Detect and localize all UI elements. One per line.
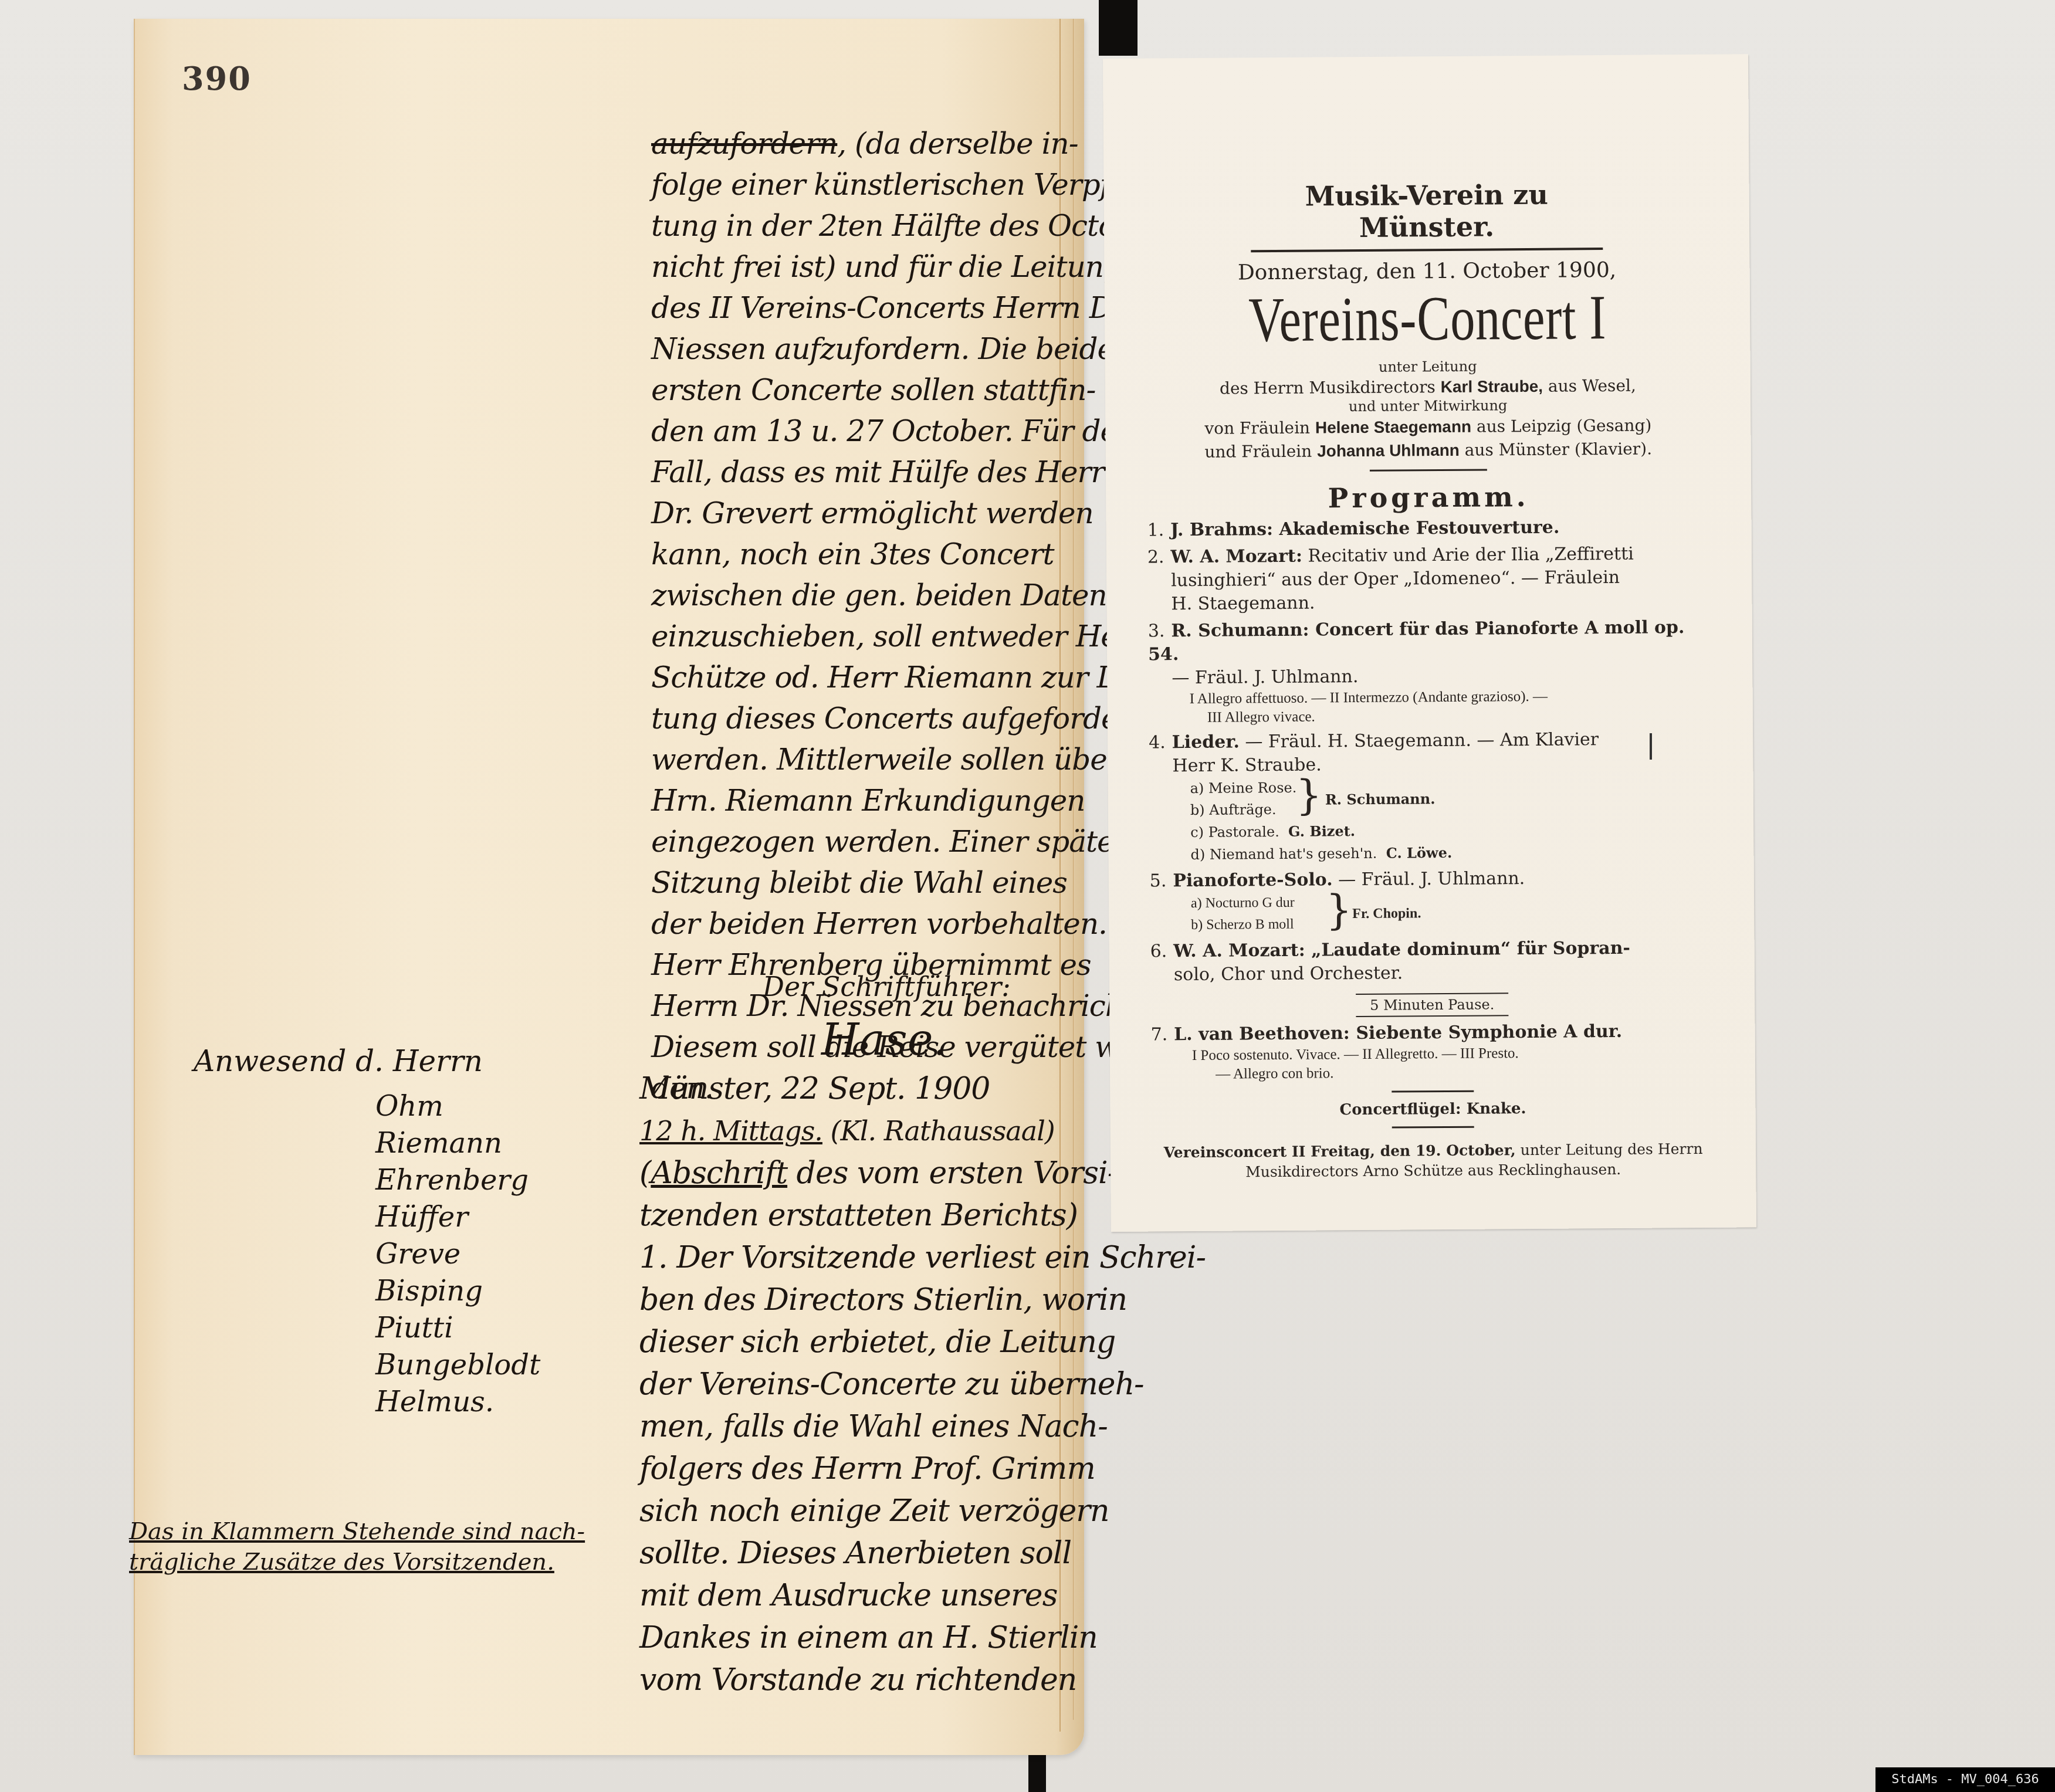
minutes-line: den am 13 u. 27 October. Für den (651, 411, 1074, 452)
program-content: Musik-Verein zu Münster. Donnerstag, den… (1145, 178, 1715, 1183)
attendee: Riemann (375, 1125, 540, 1162)
conductor-name: Karl Straube, (1441, 377, 1543, 396)
performer-line: von Fräulein Helene Staegemann aus Leipz… (1146, 414, 1709, 441)
conductor-line: des Herrn Musikdirectors Karl Straube, a… (1146, 375, 1709, 399)
minutes-line: werden. Mittlerweile sollen über (651, 739, 1074, 780)
program-item: 1. J. Brahms: Akademische Festouverture. (1147, 515, 1710, 543)
intermission: 5 Minuten Pause. (1356, 992, 1508, 1017)
movements: I Allegro affettuoso. — II Intermezzo (A… (1149, 686, 1712, 728)
attendee: Helmus. (375, 1384, 540, 1421)
program-item: 2. W. A. Mozart: Recitativ und Arie der … (1147, 542, 1711, 616)
minutes-line: aufzufordern, (da derselbe in- (651, 123, 1074, 164)
meeting-record: Münster, 22 Sept. 1900 12 h. Mittags. (K… (639, 1068, 1085, 1701)
minutes-line: tung dieses Concerts aufgefordert (651, 698, 1074, 739)
program-item: 5. Pianoforte-Solo. — Fräul. J. Uhlmann. (1150, 866, 1713, 893)
organization-name: Musik-Verein zu Münster. (1250, 178, 1603, 252)
brace-icon: } (1296, 774, 1322, 815)
minutes-line: zwischen die gen. beiden Daten (651, 575, 1074, 616)
song: a) Meine Rose. (1190, 774, 1712, 800)
minutes-line: nicht frei ist) und für die Leitung (651, 246, 1074, 287)
song-composer: R. Schumann. (1325, 788, 1436, 810)
attendee: Piutti (375, 1310, 540, 1347)
cooperation-label: und unter Mitwirkung (1146, 396, 1709, 416)
secretary-signature: Hase. (821, 1015, 947, 1065)
report-line: sich noch einige Zeit verzögern (639, 1490, 1085, 1532)
attendance-label: Anwesend d. Herrn (194, 1044, 483, 1078)
meeting-time: 12 h. Mittags. (639, 1115, 822, 1147)
piano-maker: Concertflügel: Knake. (1151, 1099, 1714, 1120)
program-item: 4. Lieder. — Fräul. H. Staegemann. — Am … (1149, 727, 1712, 778)
footnote-line: trägliche Zusätze des Vorsitzenden. (129, 1547, 585, 1577)
footnote: Das in Klammern Stehende sind nach- träg… (129, 1516, 585, 1577)
report-line: mit dem Ausdrucke unseres (639, 1574, 1085, 1617)
minutes-line: Schütze od. Herr Riemann zur Lei- (651, 657, 1074, 698)
minutes-line: Hrn. Riemann Erkundigungen (651, 780, 1074, 821)
meeting-location: (Kl. Rathaussaal) (831, 1115, 1055, 1147)
concert-program-sheet: Musik-Verein zu Münster. Donnerstag, den… (1103, 54, 1756, 1232)
attendee-list: Ohm Riemann Ehrenberg Hüffer Greve Bispi… (375, 1088, 540, 1421)
attendee: Ohm (375, 1088, 540, 1125)
brace-icon: } (1326, 889, 1352, 930)
report-line: sollte. Dieses Anerbieten soll (639, 1532, 1085, 1574)
program-item: 3. R. Schumann: Concert für das Pianofor… (1148, 616, 1712, 690)
minutes-line: folge einer künstlerischen Verpflich- (651, 164, 1074, 205)
report-line: 1. Der Vorsitzende verliest ein Schrei- (639, 1237, 1085, 1279)
attendance-label-block: Anwesend d. Herrn (194, 1044, 483, 1078)
concert-title: Vereins-Concert I (1207, 280, 1647, 359)
program-item: 7. L. van Beethoven: Siebente Symphonie … (1150, 1019, 1714, 1047)
divider (1370, 469, 1487, 471)
report-line: der Vereins-Concerte zu überneh- (639, 1363, 1085, 1405)
song: d) Niemand hat's geseh'n. C. Löwe. (1190, 840, 1712, 866)
movements: I Poco sostenuto. Vivace. — II Allegrett… (1151, 1043, 1714, 1085)
piano-solo-list: a) Nocturno G dur b) Scherzo B moll } Fr… (1150, 889, 1713, 937)
minutes-line: einzuschieben, soll entweder Herr (651, 616, 1074, 657)
minutes-line: kann, noch ein 3tes Concert (651, 534, 1074, 575)
under-direction: unter Leitung (1146, 357, 1709, 377)
secretary-label: Der Schriftführer: (763, 971, 1011, 1002)
minutes-line: Niessen aufzufordern. Die beiden (651, 328, 1074, 370)
next-concert-notice: Vereinsconcert II Freitag, den 19. Octob… (1152, 1139, 1715, 1183)
minutes-line: tung in der 2ten Hälfte des Octob. (651, 205, 1074, 246)
lieder-list: a) Meine Rose. b) Aufträge. } R. Schuman… (1149, 774, 1713, 866)
piano-composer: Fr. Chopin. (1352, 903, 1421, 925)
report-note: tzenden erstatteten Berichts) (639, 1194, 1085, 1237)
report-line: folgers des Herrn Prof. Grimm (639, 1448, 1085, 1490)
minutes-line: Sitzung bleibt die Wahl eines (651, 862, 1074, 903)
report-line: dieser sich erbietet, die Leitung (639, 1321, 1085, 1363)
minutes-line: der beiden Herren vorbehalten. (651, 903, 1074, 944)
struck-word: aufzufordern (651, 127, 837, 161)
minutes-continuation: aufzufordern, (da derselbe in- folge ein… (651, 123, 1074, 1109)
attendee: Bungeblodt (375, 1347, 540, 1384)
attendee: Hüffer (375, 1199, 540, 1236)
performer-line: und Fräulein Johanna Uhlmann aus Münster… (1147, 437, 1710, 465)
divider (1392, 1126, 1474, 1129)
song: b) Aufträge. (1190, 796, 1712, 821)
attendee: Bisping (375, 1273, 540, 1310)
meeting-time-location: 12 h. Mittags. (Kl. Rathaussaal) (639, 1110, 1085, 1152)
attendee: Greve (375, 1236, 540, 1273)
footnote-line: Das in Klammern Stehende sind nach- (129, 1516, 585, 1547)
report-line: Dankes in einem an H. Stierlin (639, 1617, 1085, 1659)
stray-pencil-mark (1650, 733, 1652, 760)
book-spine-top (1099, 0, 1137, 56)
minutes-line: eingezogen werden. Einer späteren (651, 821, 1074, 862)
report-line: ben des Directors Stierlin, worin (639, 1279, 1085, 1321)
meeting-place-date: Münster, 22 Sept. 1900 (639, 1068, 1085, 1110)
program-heading: Programm. (1147, 480, 1710, 516)
program-item: 6. W. A. Mozart: „Laudate dominum“ für S… (1150, 936, 1714, 987)
minutes-line: des II Vereins-Concerts Herrn Dr. (651, 287, 1074, 328)
divider (1392, 1090, 1474, 1093)
page-number: 390 (182, 60, 252, 97)
piano-piece: b) Scherzo B moll (1191, 911, 1713, 936)
report-line: vom Vorstande zu richtenden (639, 1659, 1085, 1701)
piano-piece: a) Nocturno G dur (1191, 889, 1713, 914)
performer-name: Helene Staegemann (1315, 418, 1471, 437)
performer-name: Johanna Uhlmann (1317, 441, 1460, 460)
archive-identifier-label: StdAMs - MV_004_636 (1875, 1767, 2055, 1792)
song: c) Pastorale. G. Bizet. (1190, 818, 1712, 844)
performers: von Fräulein Helene Staegemann aus Leipz… (1146, 414, 1710, 465)
minutes-line: Dr. Grevert ermöglicht werden (651, 493, 1074, 534)
report-line: men, falls die Wahl eines Nach- (639, 1405, 1085, 1448)
minutes-line: Fall, dass es mit Hülfe des Herrn (651, 452, 1074, 493)
minutes-line: ersten Concerte sollen stattfin- (651, 370, 1074, 411)
report-note: (Abschrift des vom ersten Vorsi- (639, 1152, 1085, 1194)
attendee: Ehrenberg (375, 1162, 540, 1199)
